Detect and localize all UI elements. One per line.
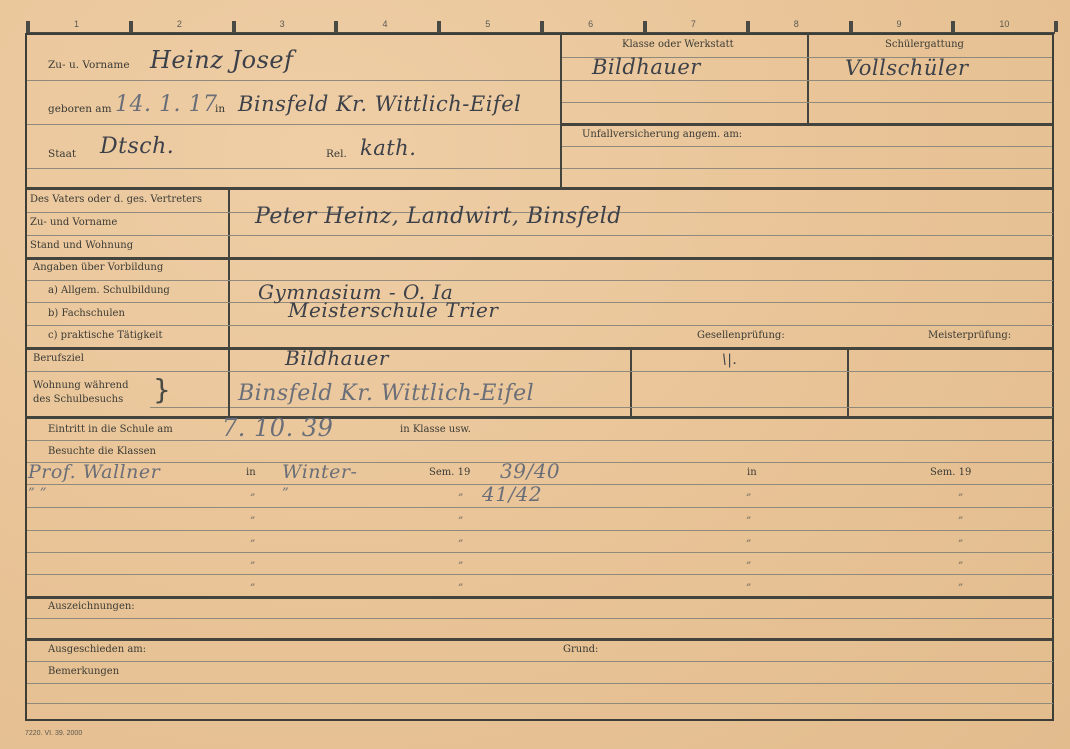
rule xyxy=(27,596,1053,599)
education-b-value[interactable]: Meisterschule Trier xyxy=(288,298,498,322)
ditto-mark: ” xyxy=(958,493,963,504)
journeyman-exam-value[interactable]: \|. xyxy=(722,352,737,368)
ditto-mark: ” xyxy=(458,539,463,550)
ditto-mark: ” xyxy=(458,516,463,527)
ruler-number: 4 xyxy=(382,19,387,29)
reason-label: Grund: xyxy=(563,644,598,655)
state-label: Staat xyxy=(48,148,76,160)
attended-label: Besuchte die Klassen xyxy=(48,446,156,457)
residence-value[interactable]: Binsfeld Kr. Wittlich-Eifel xyxy=(238,381,534,406)
semester-year-value[interactable]: 41/42 xyxy=(482,482,542,506)
divider xyxy=(228,189,230,418)
name-value[interactable]: Heinz Josef xyxy=(150,46,294,74)
education-a-label: a) Allgem. Schulbildung xyxy=(48,285,170,296)
ruler-tick xyxy=(1054,21,1058,32)
father-label-2: Zu- und Vorname xyxy=(30,217,117,228)
born-label: geboren am xyxy=(48,103,112,115)
rule xyxy=(27,440,1053,441)
ditto-mark: ” xyxy=(458,493,463,504)
ditto-mark: ” xyxy=(458,561,463,572)
rule xyxy=(27,124,560,125)
student-type-value[interactable]: Vollschüler xyxy=(845,56,969,80)
entry-date-value[interactable]: 7. 10. 39 xyxy=(222,414,333,442)
sem-label: Sem. 19 xyxy=(429,467,470,478)
ruler-tick xyxy=(951,21,955,32)
ruler-tick xyxy=(129,21,133,32)
rule xyxy=(562,80,1052,81)
education-c-label: c) praktische Tätigkeit xyxy=(48,330,163,341)
ruler-tick xyxy=(540,21,544,32)
ruler-number: 1 xyxy=(74,19,79,29)
father-value[interactable]: Peter Heinz, Landwirt, Binsfeld xyxy=(255,204,622,229)
in-label: in xyxy=(246,467,256,478)
rule xyxy=(562,102,1052,103)
rule xyxy=(27,302,1053,303)
accident-insurance-label: Unfallversicherung angem. am: xyxy=(582,129,742,140)
rule xyxy=(27,638,1053,641)
ruler-tick xyxy=(334,21,338,32)
rule xyxy=(27,416,1053,419)
rule xyxy=(27,530,1053,531)
ruler-tick xyxy=(746,21,750,32)
rule xyxy=(27,347,1053,350)
ditto-mark: ” xyxy=(746,561,751,572)
ditto-mark: ” xyxy=(250,516,255,527)
born-place-value[interactable]: Binsfeld Kr. Wittlich-Eifel xyxy=(238,92,521,116)
class-value[interactable]: Bildhauer xyxy=(592,55,701,79)
ruler-number: 2 xyxy=(177,19,182,29)
residence-label-2: des Schulbesuchs xyxy=(33,394,123,405)
print-code: 7220. VI. 39. 2000 xyxy=(25,730,82,737)
education-title-label: Angaben über Vorbildung xyxy=(33,262,163,273)
teacher-value[interactable]: Prof. Wallner xyxy=(28,461,160,483)
awards-label: Auszeichnungen: xyxy=(48,601,135,612)
ditto-mark: ” xyxy=(746,516,751,527)
ditto-mark: ” xyxy=(958,583,963,594)
education-b-label: b) Fachschulen xyxy=(48,308,125,319)
ruler-number: 5 xyxy=(485,19,490,29)
semester-year-value[interactable]: 39/40 xyxy=(500,459,560,483)
ditto-mark: ” xyxy=(746,539,751,550)
ruler-number: 9 xyxy=(897,19,902,29)
rule xyxy=(562,146,1052,147)
subject-value[interactable]: ” xyxy=(282,486,289,501)
ruler-number: 10 xyxy=(999,19,1009,29)
rule xyxy=(27,507,1053,508)
ruler-tick xyxy=(643,21,647,32)
ruler-tick xyxy=(26,21,30,32)
state-value[interactable]: Dtsch. xyxy=(100,134,174,159)
teacher-value[interactable]: ” ” xyxy=(28,486,47,501)
born-date-value[interactable]: 14. 1. 17 xyxy=(115,92,217,117)
religion-label: Rel. xyxy=(326,148,347,160)
rule xyxy=(27,661,1053,662)
ruler-tick xyxy=(437,21,441,32)
name-label: Zu- u. Vorname xyxy=(48,59,130,71)
sem-label: Sem. 19 xyxy=(930,467,971,478)
ditto-mark: ” xyxy=(958,516,963,527)
ruler-number: 3 xyxy=(280,19,285,29)
rule xyxy=(27,257,1053,260)
rule xyxy=(27,371,1053,372)
rule xyxy=(27,235,1053,236)
left-school-label: Ausgeschieden am: xyxy=(48,644,146,655)
ditto-mark: ” xyxy=(958,539,963,550)
rule xyxy=(27,80,560,81)
ditto-mark: ” xyxy=(458,583,463,594)
rule xyxy=(562,123,1052,126)
rule xyxy=(27,574,1053,575)
born-in-label: in xyxy=(215,103,225,115)
ditto-mark: ” xyxy=(746,493,751,504)
ditto-mark: ” xyxy=(250,493,255,504)
remarks-label: Bemerkungen xyxy=(48,666,119,677)
rule xyxy=(562,168,1052,169)
class-label: Klasse oder Werkstatt xyxy=(622,39,734,50)
religion-value[interactable]: kath. xyxy=(360,136,416,160)
ditto-mark: ” xyxy=(958,561,963,572)
father-label-1: Des Vaters oder d. ges. Vertreters xyxy=(30,194,202,205)
entry-class-label: in Klasse usw. xyxy=(400,424,471,435)
ruler-number: 6 xyxy=(588,19,593,29)
ruler-number: 7 xyxy=(691,19,696,29)
rule xyxy=(27,168,560,169)
rule xyxy=(27,280,1053,281)
rule xyxy=(150,407,228,408)
residence-label-1: Wohnung während xyxy=(33,380,128,391)
in-label: in xyxy=(747,467,757,478)
career-goal-value[interactable]: Bildhauer xyxy=(285,346,389,370)
rule xyxy=(27,187,1053,190)
rule xyxy=(27,703,1053,704)
ruler-tick xyxy=(849,21,853,32)
ruler-tick xyxy=(232,21,236,32)
ditto-mark: ” xyxy=(746,583,751,594)
entry-label: Eintritt in die Schule am xyxy=(48,424,173,435)
rule xyxy=(27,618,1053,619)
ditto-mark: ” xyxy=(250,583,255,594)
brace-icon: } xyxy=(153,376,171,404)
rule xyxy=(230,407,1053,408)
journeyman-exam-label: Gesellenprüfung: xyxy=(697,330,785,341)
rule xyxy=(27,552,1053,553)
master-exam-label: Meisterprüfung: xyxy=(928,330,1011,341)
father-label-3: Stand und Wohnung xyxy=(30,240,133,251)
career-goal-label: Berufsziel xyxy=(33,353,84,364)
student-type-label: Schülergattung xyxy=(885,39,964,50)
rule xyxy=(27,325,1053,326)
ditto-mark: ” xyxy=(250,539,255,550)
ruler-number: 8 xyxy=(794,19,799,29)
rule xyxy=(27,683,1053,684)
ditto-mark: ” xyxy=(250,561,255,572)
subject-value[interactable]: Winter- xyxy=(282,461,357,483)
